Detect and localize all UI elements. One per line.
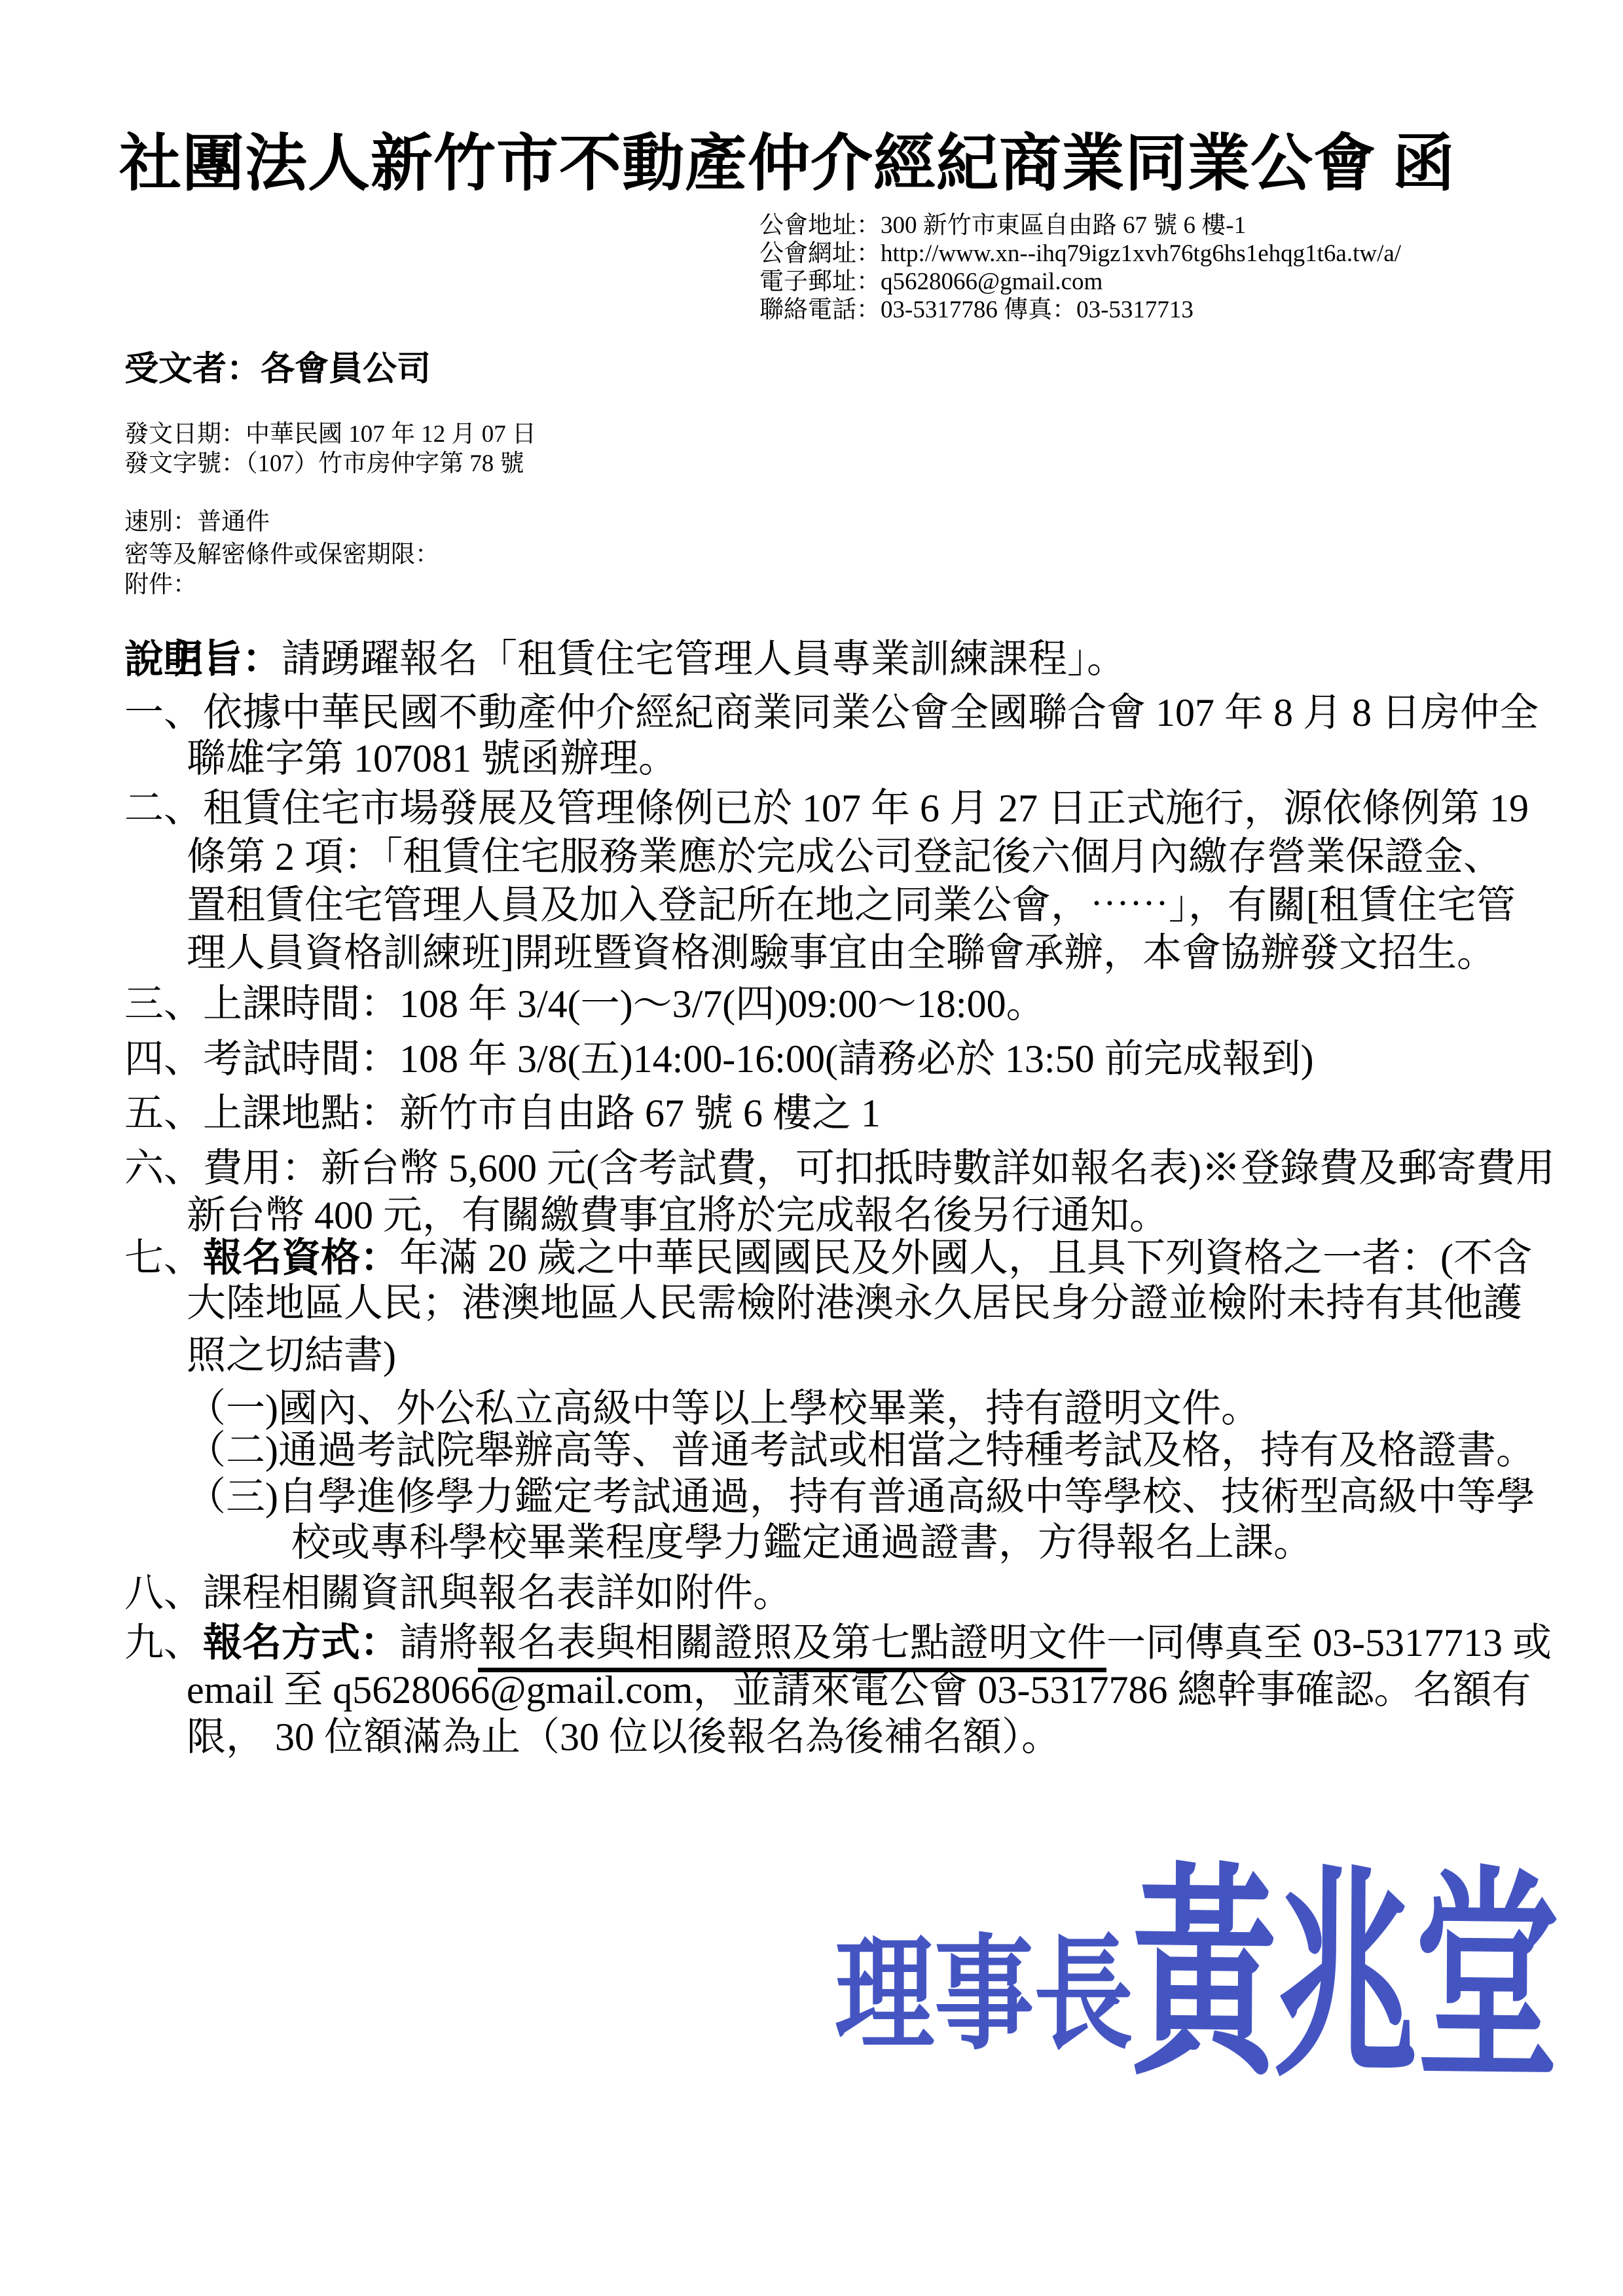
text-run: 年滿 20 歲之中華民國國民及外國人，且具下列資格之一者：(不含 — [399, 1236, 1532, 1280]
body-line: 條第 2 項：「租賃住宅服務業應於完成公司登記後六個月內繳存營業保證金、 — [187, 834, 1503, 880]
underlined-run: 報名表與相關證照及第七點證明文件 — [478, 1621, 1106, 1672]
body-line: 四、考試時間：108 年 3/8(五)14:00-16:00(請務必於 13:5… — [124, 1037, 1314, 1082]
explanation-label: 說明： — [124, 637, 242, 683]
body-line: 三、上課時間：108 年 3/4(一)～3/7(四)09:00～18:00。 — [124, 982, 1046, 1027]
text-run: 置租賃住宅管理人員及加入登記所在地之同業公會，⋯⋯」，有關[租賃住宅管 — [187, 884, 1516, 927]
association-phone-fax: 聯絡電話：03-5317786 傳真：03-5317713 — [759, 296, 1194, 325]
subject-text: 請踴躍報名「租賃住宅管理人員專業訓練課程」。 — [282, 637, 1126, 681]
text-run: 理人員資格訓練班]開班暨資格測驗事宜由全聯會承辦，本會協辦發文招生。 — [187, 931, 1496, 975]
text-run: 照之切結書) — [187, 1334, 396, 1377]
text-run: 一同傳真至 03-5317713 或 — [1106, 1621, 1552, 1664]
doc-number-line: 發文字號：（107）竹市房仲字第 78 號 — [124, 450, 524, 478]
text-run: 校或專科學校畢業程度學力鑑定通過證書，方得報名上課。 — [291, 1521, 1313, 1564]
association-website: 公會網址：http://www.xn--ihq79igz1xvh76tg6hs1… — [759, 240, 1401, 268]
body-line: email 至 q5628066@gmail.com，並請來電公會 03-531… — [187, 1668, 1531, 1713]
security-class-line: 密等及解密條件或保密期限： — [124, 541, 439, 569]
body-line: 新台幣 400 元，有關繳費事宜將於完成報名後另行通知。 — [187, 1193, 1169, 1238]
association-email: 電子郵址：q5628066@gmail.com — [759, 268, 1103, 296]
text-run: （三)自學進修學力鑑定考試通過，持有普通高級中等學校、技術型高級中等學 — [187, 1475, 1535, 1518]
text-run: 三、上課時間：108 年 3/4(一)～3/7(四)09:00～18:00。 — [124, 982, 1046, 1026]
body-line: 二、租賃住宅市場發展及管理條例已於 107 年 6 月 27 日正式施行，源依條… — [124, 786, 1529, 831]
body-line: 一、依據中華民國不動產仲介經紀商業同業公會全國聯合會 107 年 8 月 8 日… — [124, 691, 1539, 736]
letter-page: 社團法人新竹市不動產仲介經紀商業同業公會 函 公會地址：300 新竹市東區自由路… — [0, 0, 1623, 2296]
body-line: 聯雄字第 107081 號函辦理。 — [187, 736, 678, 781]
body-line: 校或專科學校畢業程度學力鑑定通過證書，方得報名上課。 — [291, 1520, 1313, 1566]
text-run: 四、考試時間：108 年 3/8(五)14:00-16:00(請務必於 13:5… — [124, 1037, 1314, 1081]
recipient-line: 受文者：各會員公司 — [124, 350, 431, 389]
text-run: 七、 — [124, 1236, 203, 1280]
text-run: （一)國內、外公私立高級中等以上學校畢業，持有證明文件。 — [187, 1387, 1260, 1430]
text-run: 五、上課地點：新竹市自由路 67 號 6 樓之 1 — [124, 1092, 881, 1135]
text-run: 二、租賃住宅市場發展及管理條例已於 107 年 6 月 27 日正式施行，源依條… — [124, 787, 1529, 830]
text-run: 九、 — [124, 1621, 203, 1664]
signature-title: 理事長 — [835, 1934, 1133, 2058]
text-run: email 至 q5628066@gmail.com，並請來電公會 03-531… — [187, 1668, 1531, 1712]
doc-date-line: 發文日期：中華民國 107 年 12 月 07 日 — [124, 421, 536, 449]
text-run: 新台幣 400 元，有關繳費事宜將於完成報名後另行通知。 — [187, 1194, 1169, 1237]
body-line: 九、報名方式：請將報名表與相關證照及第七點證明文件一同傳真至 03-531771… — [124, 1621, 1552, 1666]
body-line: 照之切結書) — [187, 1333, 396, 1378]
text-run: 六、費用：新台幣 5,600 元(含考試費，可扣抵時數詳如報名表)※登錄費及郵寄… — [124, 1147, 1555, 1190]
body-line: （一)國內、外公私立高級中等以上學校畢業，持有證明文件。 — [187, 1386, 1260, 1431]
signature-name: 黃兆堂 — [1131, 1864, 1556, 2094]
association-address: 公會地址：300 新竹市東區自由路 67 號 6 樓-1 — [759, 212, 1246, 240]
text-run: 條第 2 項：「租賃住宅服務業應於完成公司登記後六個月內繳存營業保證金、 — [187, 835, 1503, 878]
speed-class-line: 速別：普通件 — [124, 509, 270, 537]
body-line: （二)通過考試院舉辦高等、普通考試或相當之特種考試及格，持有及格證書。 — [187, 1428, 1535, 1473]
body-line: 大陸地區人民；港澳地區人民需檢附港澳永久居民身分證並檢附未持有其他護 — [187, 1281, 1522, 1326]
letter-title: 社團法人新竹市不動產仲介經紀商業同業公會 函 — [119, 128, 1455, 200]
text-run: 聯雄字第 107081 號函辦理。 — [187, 737, 678, 780]
bold-run: 報名方式： — [203, 1621, 399, 1664]
body-line: 七、報名資格：年滿 20 歲之中華民國國民及外國人，且具下列資格之一者：(不含 — [124, 1236, 1532, 1281]
text-run: 請將 — [399, 1621, 478, 1664]
text-run: 大陸地區人民；港澳地區人民需檢附港澳永久居民身分證並檢附未持有其他護 — [187, 1282, 1522, 1325]
body-line: 限， 30 位額滿為止（30 位以後報名為後補名額）。 — [187, 1715, 1061, 1760]
text-run: 限， 30 位額滿為止（30 位以後報名為後補名額）。 — [187, 1715, 1061, 1759]
text-run: 八、課程相關資訊與報名表詳如附件。 — [124, 1571, 792, 1615]
body-line: 置租賃住宅管理人員及加入登記所在地之同業公會，⋯⋯」，有關[租賃住宅管 — [187, 883, 1516, 928]
body-line: 八、課程相關資訊與報名表詳如附件。 — [124, 1571, 792, 1616]
text-run: 一、依據中華民國不動產仲介經紀商業同業公會全國聯合會 107 年 8 月 8 日… — [124, 691, 1539, 734]
bold-run: 報名資格： — [203, 1236, 399, 1280]
body-line: 五、上課地點：新竹市自由路 67 號 6 樓之 1 — [124, 1091, 881, 1136]
body-line: （三)自學進修學力鑑定考試通過，持有普通高級中等學校、技術型高級中等學 — [187, 1475, 1535, 1520]
text-run: （二)通過考試院舉辦高等、普通考試或相當之特種考試及格，持有及格證書。 — [187, 1429, 1535, 1472]
body-line: 六、費用：新台幣 5,600 元(含考試費，可扣抵時數詳如報名表)※登錄費及郵寄… — [124, 1146, 1555, 1191]
body-line: 理人員資格訓練班]開班暨資格測驗事宜由全聯會承辦，本會協辦發文招生。 — [187, 931, 1496, 976]
